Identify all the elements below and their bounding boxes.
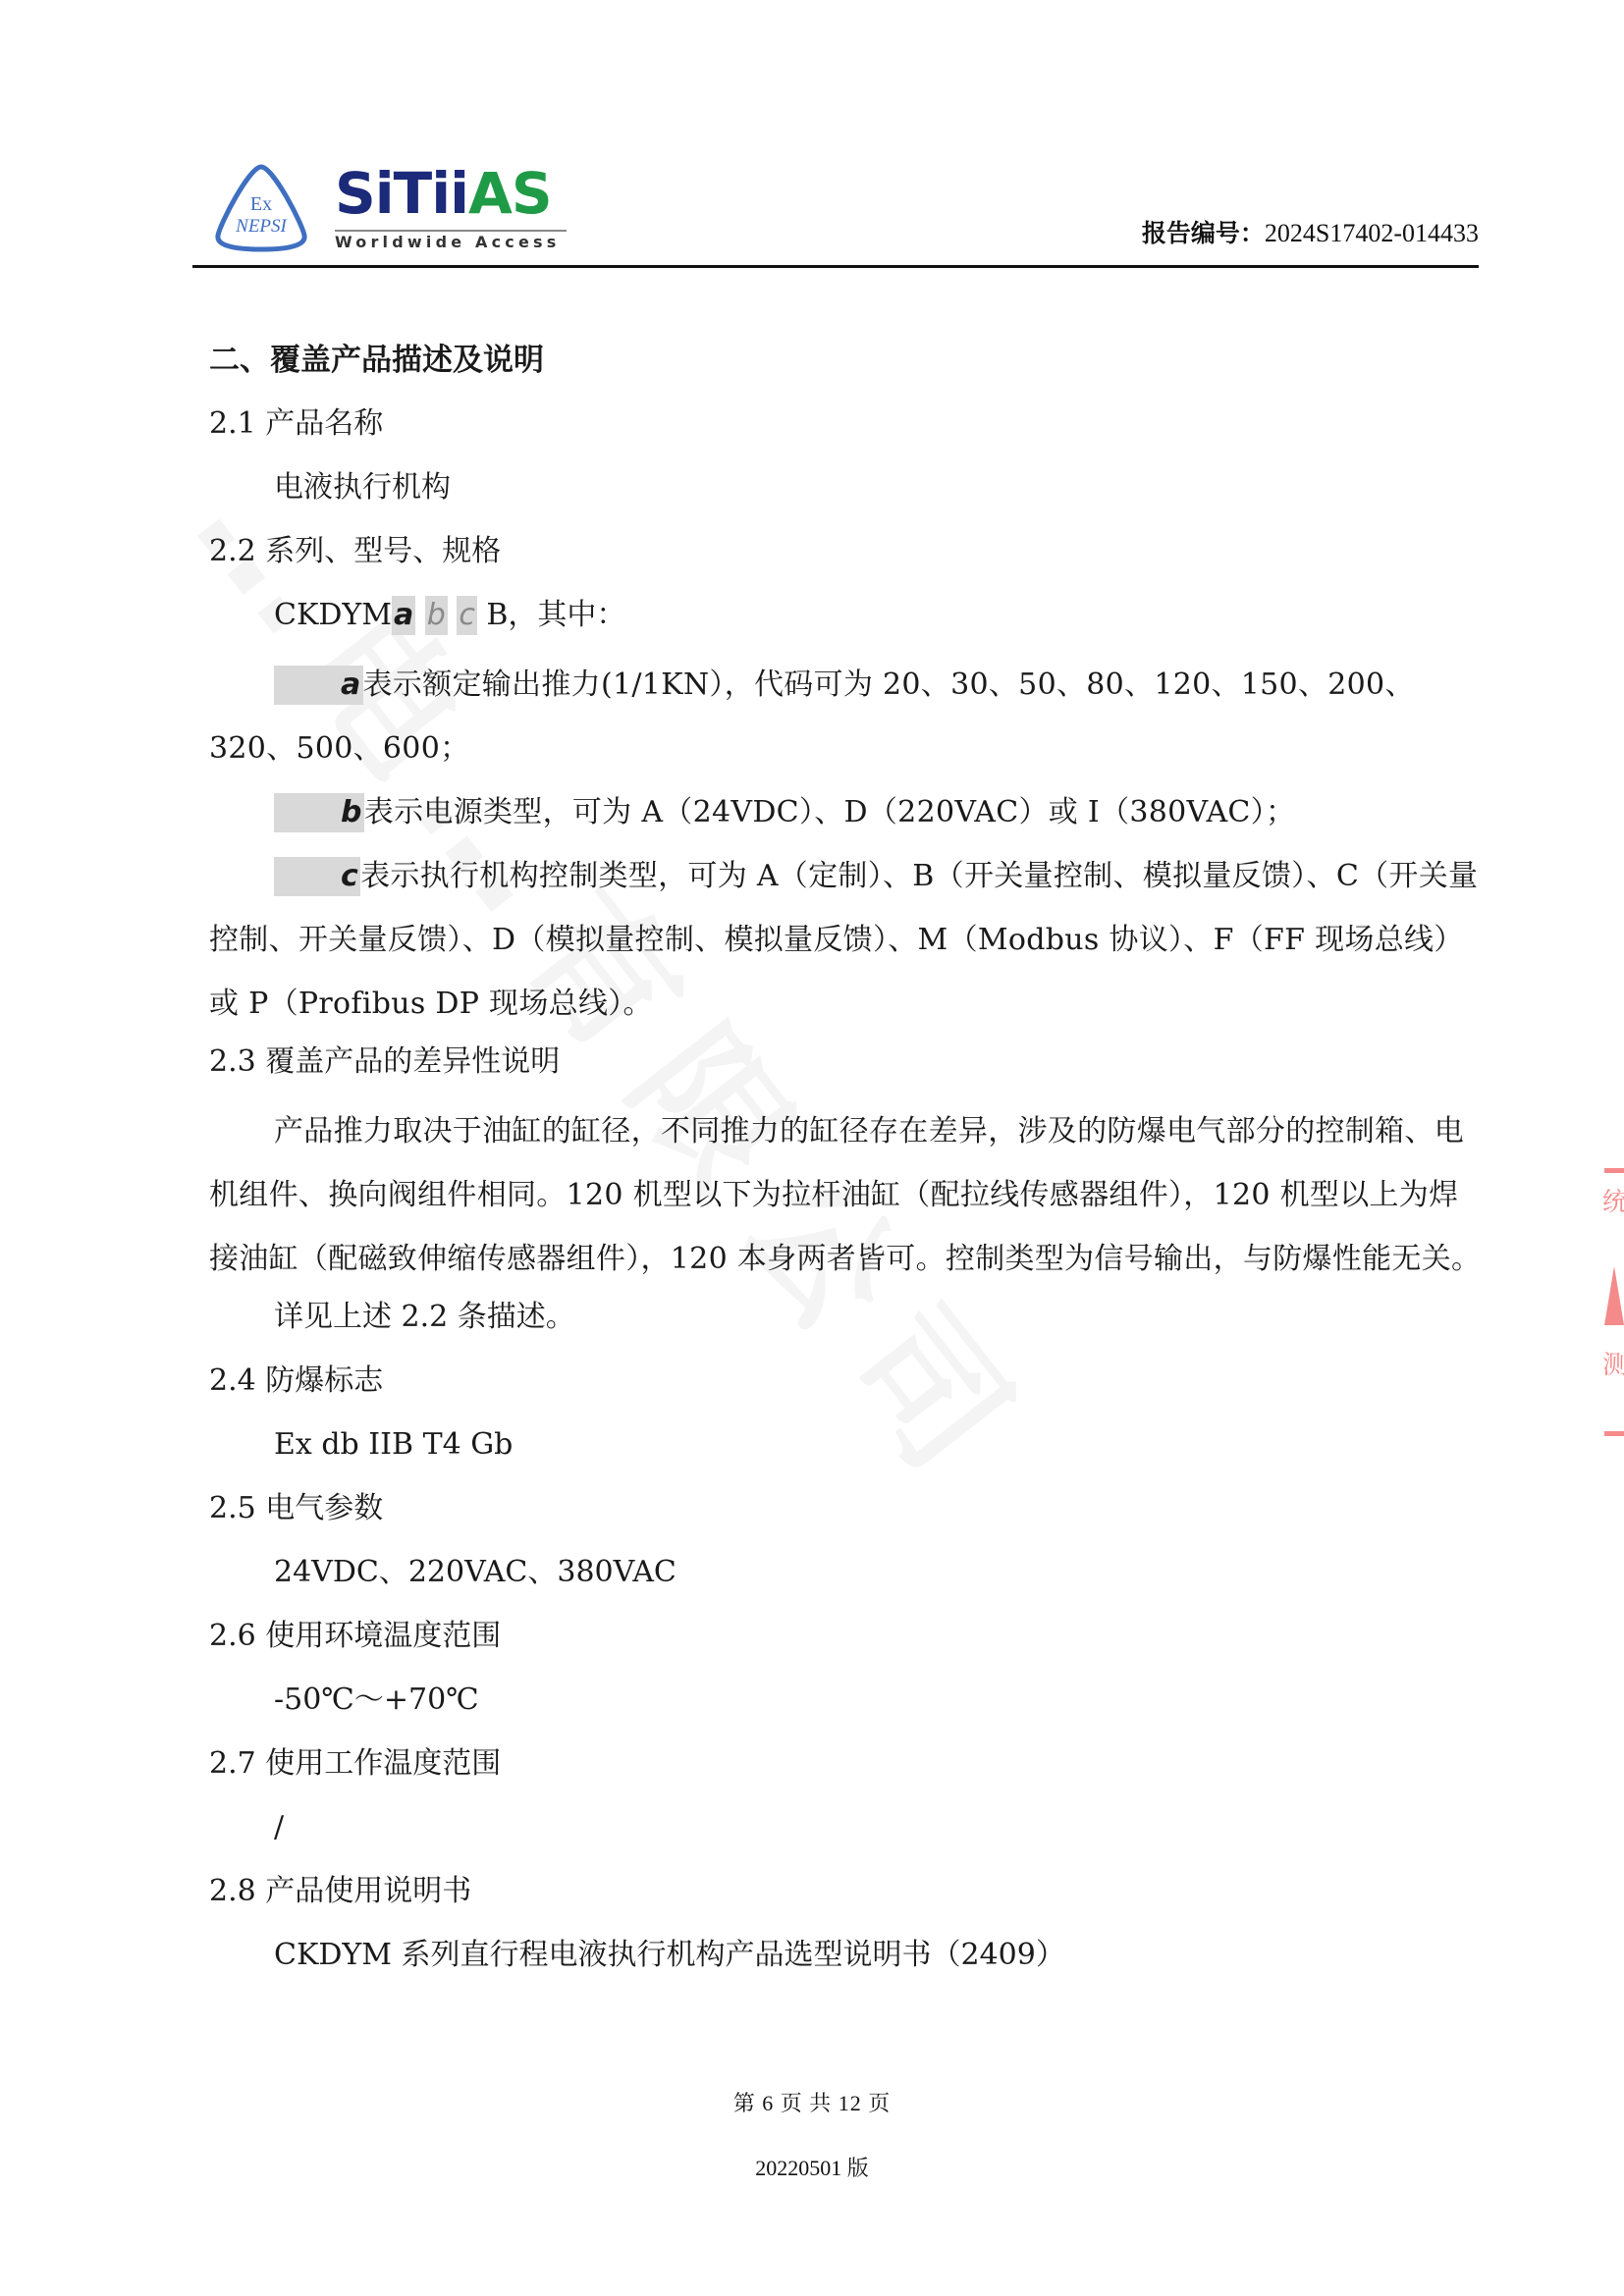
- heading-2-8: 2.8 产品使用说明书: [209, 1865, 1486, 1929]
- heading-2-7: 2.7 使用工作温度范围: [209, 1737, 1486, 1801]
- stamp-char-2: 测: [1602, 1345, 1624, 1381]
- page-header: Ex NEPSI SiTiiAS Worldwide Access 报告编号：2…: [192, 157, 1479, 267]
- ex-marking: Ex db IIB T4 Gb: [209, 1418, 1486, 1482]
- var-a: a: [392, 596, 415, 635]
- heading-2-3: 2.3 覆盖产品的差异性说明: [209, 1036, 1486, 1099]
- heading-2-5: 2.5 电气参数: [209, 1482, 1486, 1546]
- var-c-description: c表示执行机构控制类型，可为 A（定制）、B（开关量控制、模拟量反馈）、C（开关…: [209, 844, 1486, 1036]
- product-name: 电液执行机构: [209, 461, 1486, 525]
- page-number: 第 6 页 共 12 页: [0, 2087, 1624, 2117]
- report-number-value: 2024S17402-014433: [1265, 219, 1479, 247]
- header-divider: [192, 265, 1479, 268]
- document-body: 二、覆盖产品描述及说明 2.1 产品名称 电液执行机构 2.2 系列、型号、规格…: [209, 334, 1486, 1993]
- var-c: c: [457, 596, 477, 635]
- working-temperature: /: [209, 1801, 1486, 1865]
- difference-description: 产品推力取决于油缸的缸径，不同推力的缸径存在差异，涉及的防爆电气部分的控制箱、电…: [209, 1099, 1486, 1291]
- svg-text:Ex: Ex: [250, 193, 272, 215]
- heading-2-2: 2.2 系列、型号、规格: [209, 525, 1486, 589]
- heading-2-1: 2.1 产品名称: [209, 398, 1486, 461]
- stamp-bar-bottom: [1604, 1431, 1624, 1436]
- difference-reference: 详见上述 2.2 条描述。: [209, 1291, 1486, 1355]
- stamp-char-1: 统: [1602, 1182, 1624, 1218]
- svg-text:NEPSI: NEPSI: [235, 216, 288, 237]
- electrical-parameters: 24VDC、220VAC、380VAC: [209, 1546, 1486, 1610]
- side-stamp: 统 测: [1598, 1168, 1624, 1453]
- section-title: 二、覆盖产品描述及说明: [209, 334, 1486, 398]
- form-version: 20220501 版: [0, 2152, 1624, 2182]
- logo-divider: [335, 230, 567, 232]
- var-a-description: a表示额定输出推力(1/1KN），代码可为 20、30、50、80、120、15…: [209, 653, 1486, 780]
- heading-2-4: 2.4 防爆标志: [209, 1355, 1486, 1418]
- stamp-bar-top: [1604, 1168, 1624, 1173]
- stamp-arrow-icon: [1604, 1266, 1624, 1325]
- ambient-temperature: -50℃～+70℃: [209, 1674, 1486, 1737]
- logo-tagline: Worldwide Access: [335, 233, 561, 251]
- report-number: 报告编号：2024S17402-014433: [1142, 214, 1479, 249]
- var-b: b: [425, 596, 448, 635]
- nepsi-logo-icon: Ex NEPSI: [212, 163, 310, 253]
- model-code: CKDYMa b c B，其中：: [209, 589, 1486, 653]
- sitiias-wordmark: SiTiiAS: [335, 163, 552, 224]
- sitiias-logo: SiTiiAS Worldwide Access: [335, 163, 570, 253]
- product-manual: CKDYM 系列直行程电液执行机构产品选型说明书（2409）: [209, 1929, 1486, 1993]
- report-number-label: 报告编号：: [1142, 219, 1265, 247]
- var-b-description: b表示电源类型，可为 A（24VDC）、D（220VAC）或 I（380VAC）…: [209, 780, 1486, 844]
- heading-2-6: 2.6 使用环境温度范围: [209, 1610, 1486, 1674]
